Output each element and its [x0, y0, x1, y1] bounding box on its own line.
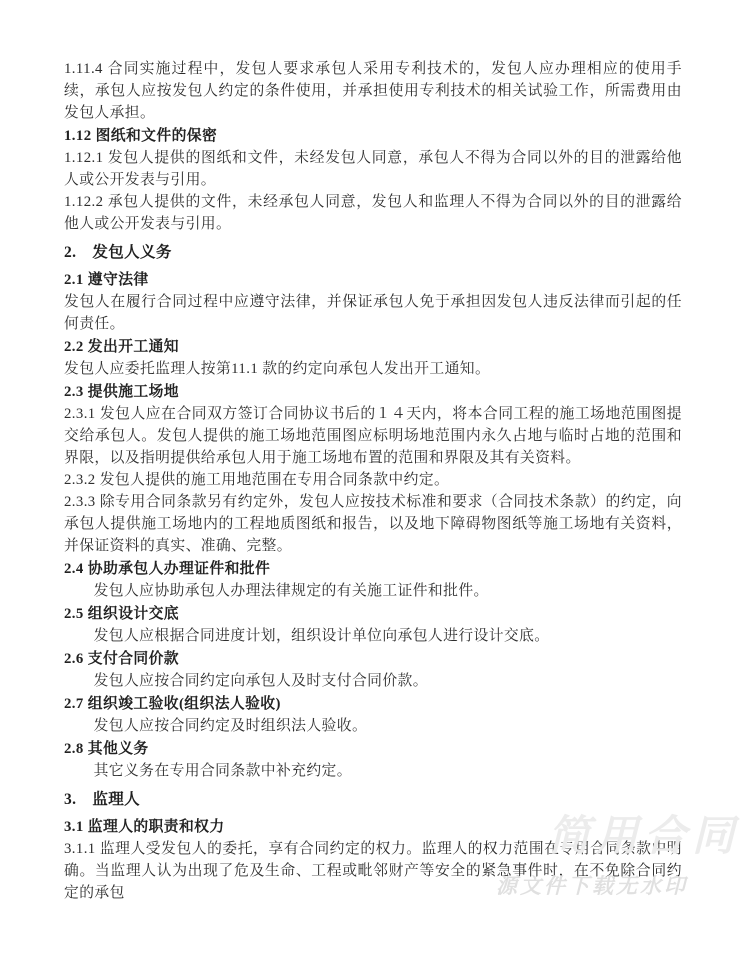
heading-2-7: 2.7 组织竣工验收(组织法人验收) — [64, 693, 682, 715]
heading-2-1: 2.1 遵守法律 — [64, 269, 682, 291]
clause-2-1: 发包人在履行合同过程中应遵守法律，并保证承包人免于承担因发包人违反法律而引起的任… — [64, 291, 682, 335]
heading-2-8: 2.8 其他义务 — [64, 738, 682, 760]
heading-3-1: 3.1 监理人的职责和权力 — [64, 816, 682, 838]
heading-2-5: 2.5 组织设计交底 — [64, 603, 682, 625]
clause-2-6: 发包人应按合同约定向承包人及时支付合同价款。 — [64, 670, 682, 692]
contract-document-page: 1.11.4 合同实施过程中，发包人要求承包人采用专利技术的，发包人应办理相应的… — [0, 0, 742, 960]
clause-2-3-2: 2.3.2 发包人提供的施工用地范围在专用合同条款中约定。 — [64, 469, 682, 491]
clause-3-1-1: 3.1.1 监理人受发包人的委托，享有合同约定的权力。监理人的权力范围在专用合同… — [64, 838, 682, 904]
heading-2: 2. 发包人义务 — [64, 242, 682, 264]
clause-2-3-1: 2.3.1 发包人应在合同双方签订合同协议书后的１４天内，将本合同工程的施工场地… — [64, 403, 682, 469]
heading-3: 3. 监理人 — [64, 789, 682, 811]
heading-2-2: 2.2 发出开工通知 — [64, 336, 682, 358]
clause-2-3-3: 2.3.3 除专用合同条款另有约定外，发包人应按技术标准和要求（合同技术条款）的… — [64, 491, 682, 557]
document-body: 1.11.4 合同实施过程中，发包人要求承包人采用专利技术的，发包人应办理相应的… — [64, 58, 682, 904]
clause-1-12-1: 1.12.1 发包人提供的图纸和文件，未经发包人同意，承包人不得为合同以外的目的… — [64, 147, 682, 191]
clause-2-2: 发包人应委托监理人按第11.1 款的约定向承包人发出开工通知。 — [64, 358, 682, 380]
clause-1-12-2: 1.12.2 承包人提供的文件，未经承包人同意，发包人和监理人不得为合同以外的目… — [64, 191, 682, 235]
clause-1-11-4: 1.11.4 合同实施过程中，发包人要求承包人采用专利技术的，发包人应办理相应的… — [64, 58, 682, 124]
clause-2-8: 其它义务在专用合同条款中补充约定。 — [64, 760, 682, 782]
heading-2-4: 2.4 协助承包人办理证件和批件 — [64, 558, 682, 580]
heading-2-3: 2.3 提供施工场地 — [64, 381, 682, 403]
clause-2-4: 发包人应协助承包人办理法律规定的有关施工证件和批件。 — [64, 580, 682, 602]
clause-2-7: 发包人应按合同约定及时组织法人验收。 — [64, 715, 682, 737]
clause-2-5: 发包人应根据合同进度计划，组织设计单位向承包人进行设计交底。 — [64, 625, 682, 647]
heading-1-12: 1.12 图纸和文件的保密 — [64, 125, 682, 147]
heading-2-6: 2.6 支付合同价款 — [64, 648, 682, 670]
